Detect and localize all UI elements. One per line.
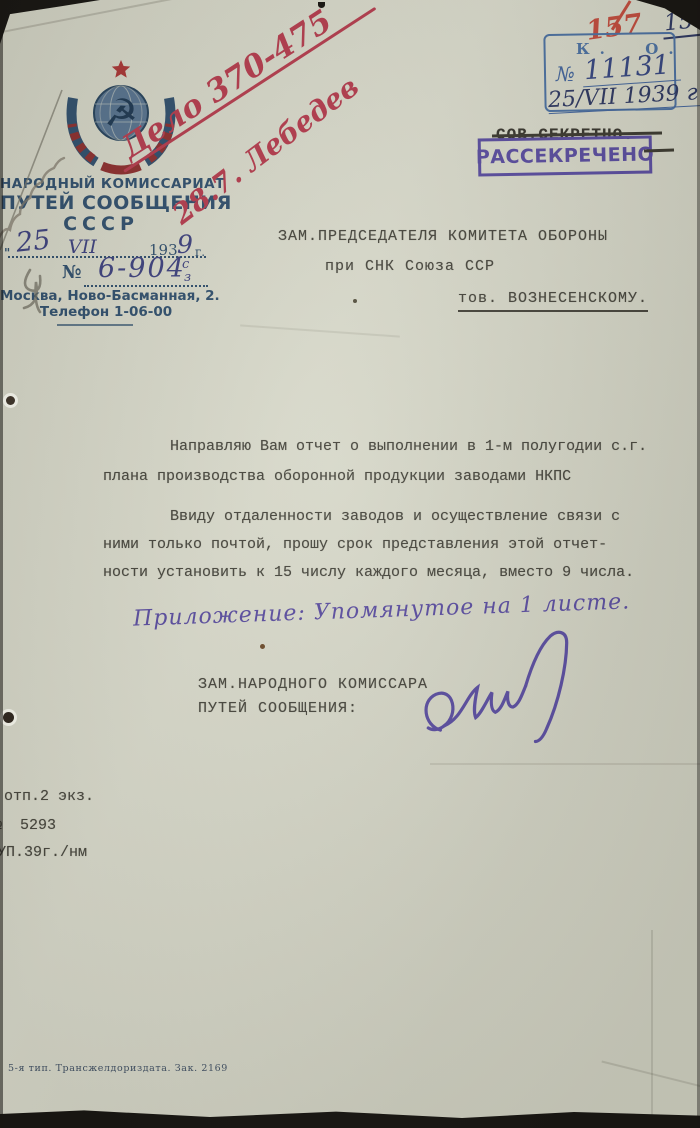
body-p2-line1: Ввиду отдаленности заводов и осуществлен… xyxy=(170,508,620,525)
pencil-scribble xyxy=(0,50,76,340)
body-p2-line2: ними только почтой, прошу срок представл… xyxy=(103,536,607,553)
document-page: ☭ НАРОДНЫЙ КОМИССАРИАТ ПУТЕЙ СООБЩЕНИЯ С… xyxy=(0,0,700,1128)
recipient-line3: тов. ВОЗНЕСЕНСКОМУ. xyxy=(458,290,648,312)
recipient-line1: ЗАМ.ПРЕДСЕДАТЕЛЯ КОМИТЕТА ОБОРОНЫ xyxy=(278,228,608,245)
body-p1-line1: Направляю Вам отчет о выполнении в 1-м п… xyxy=(170,438,647,455)
declassified-stamp: РАССЕКРЕЧЕНО xyxy=(478,135,653,176)
handwritten-signature xyxy=(404,622,593,764)
ko-stamp-number-label: № xyxy=(556,62,575,86)
signoff-line1: ЗАМ.НАРОДНОГО КОМИССАРА xyxy=(198,676,428,693)
ref-code-note: УП.39г./нм xyxy=(0,844,87,861)
scanned-document: ☭ НАРОДНЫЙ КОМИССАРИАТ ПУТЕЙ СООБЩЕНИЯ С… xyxy=(0,0,700,1128)
scan-edge-top-left xyxy=(0,0,100,44)
copies-note: отп.2 экз. xyxy=(4,788,94,805)
ink-dot xyxy=(260,644,265,649)
printer-line: 5-я тип. Трансжелдориздата. Зак. 2169 xyxy=(8,1063,228,1074)
number-value-handwritten: 6-904 xyxy=(98,253,186,284)
paper-hole xyxy=(3,712,14,723)
scan-edge-bottom xyxy=(0,1108,700,1128)
body-p1-line2: плана производства оборонной продукции з… xyxy=(103,468,571,485)
signoff-line2: ПУТЕЙ СООБЩЕНИЯ: xyxy=(198,700,358,717)
scan-edge-left xyxy=(0,0,3,1128)
declassified-label: РАССЕКРЕЧЕНО xyxy=(476,143,655,168)
recipient-line2: при СНК Союза ССР xyxy=(325,258,495,275)
body-p2-line3: ности установить к 15 числу каждого меся… xyxy=(103,564,634,581)
number-suffix-bottom: з xyxy=(184,270,191,285)
paper-hole xyxy=(6,396,15,405)
doc-number-note: № 5293 xyxy=(0,817,56,834)
declassified-strike-tail xyxy=(644,148,674,152)
date-era-label: г. xyxy=(195,245,205,259)
red-star-icon xyxy=(112,60,130,78)
number-rule xyxy=(84,285,208,287)
